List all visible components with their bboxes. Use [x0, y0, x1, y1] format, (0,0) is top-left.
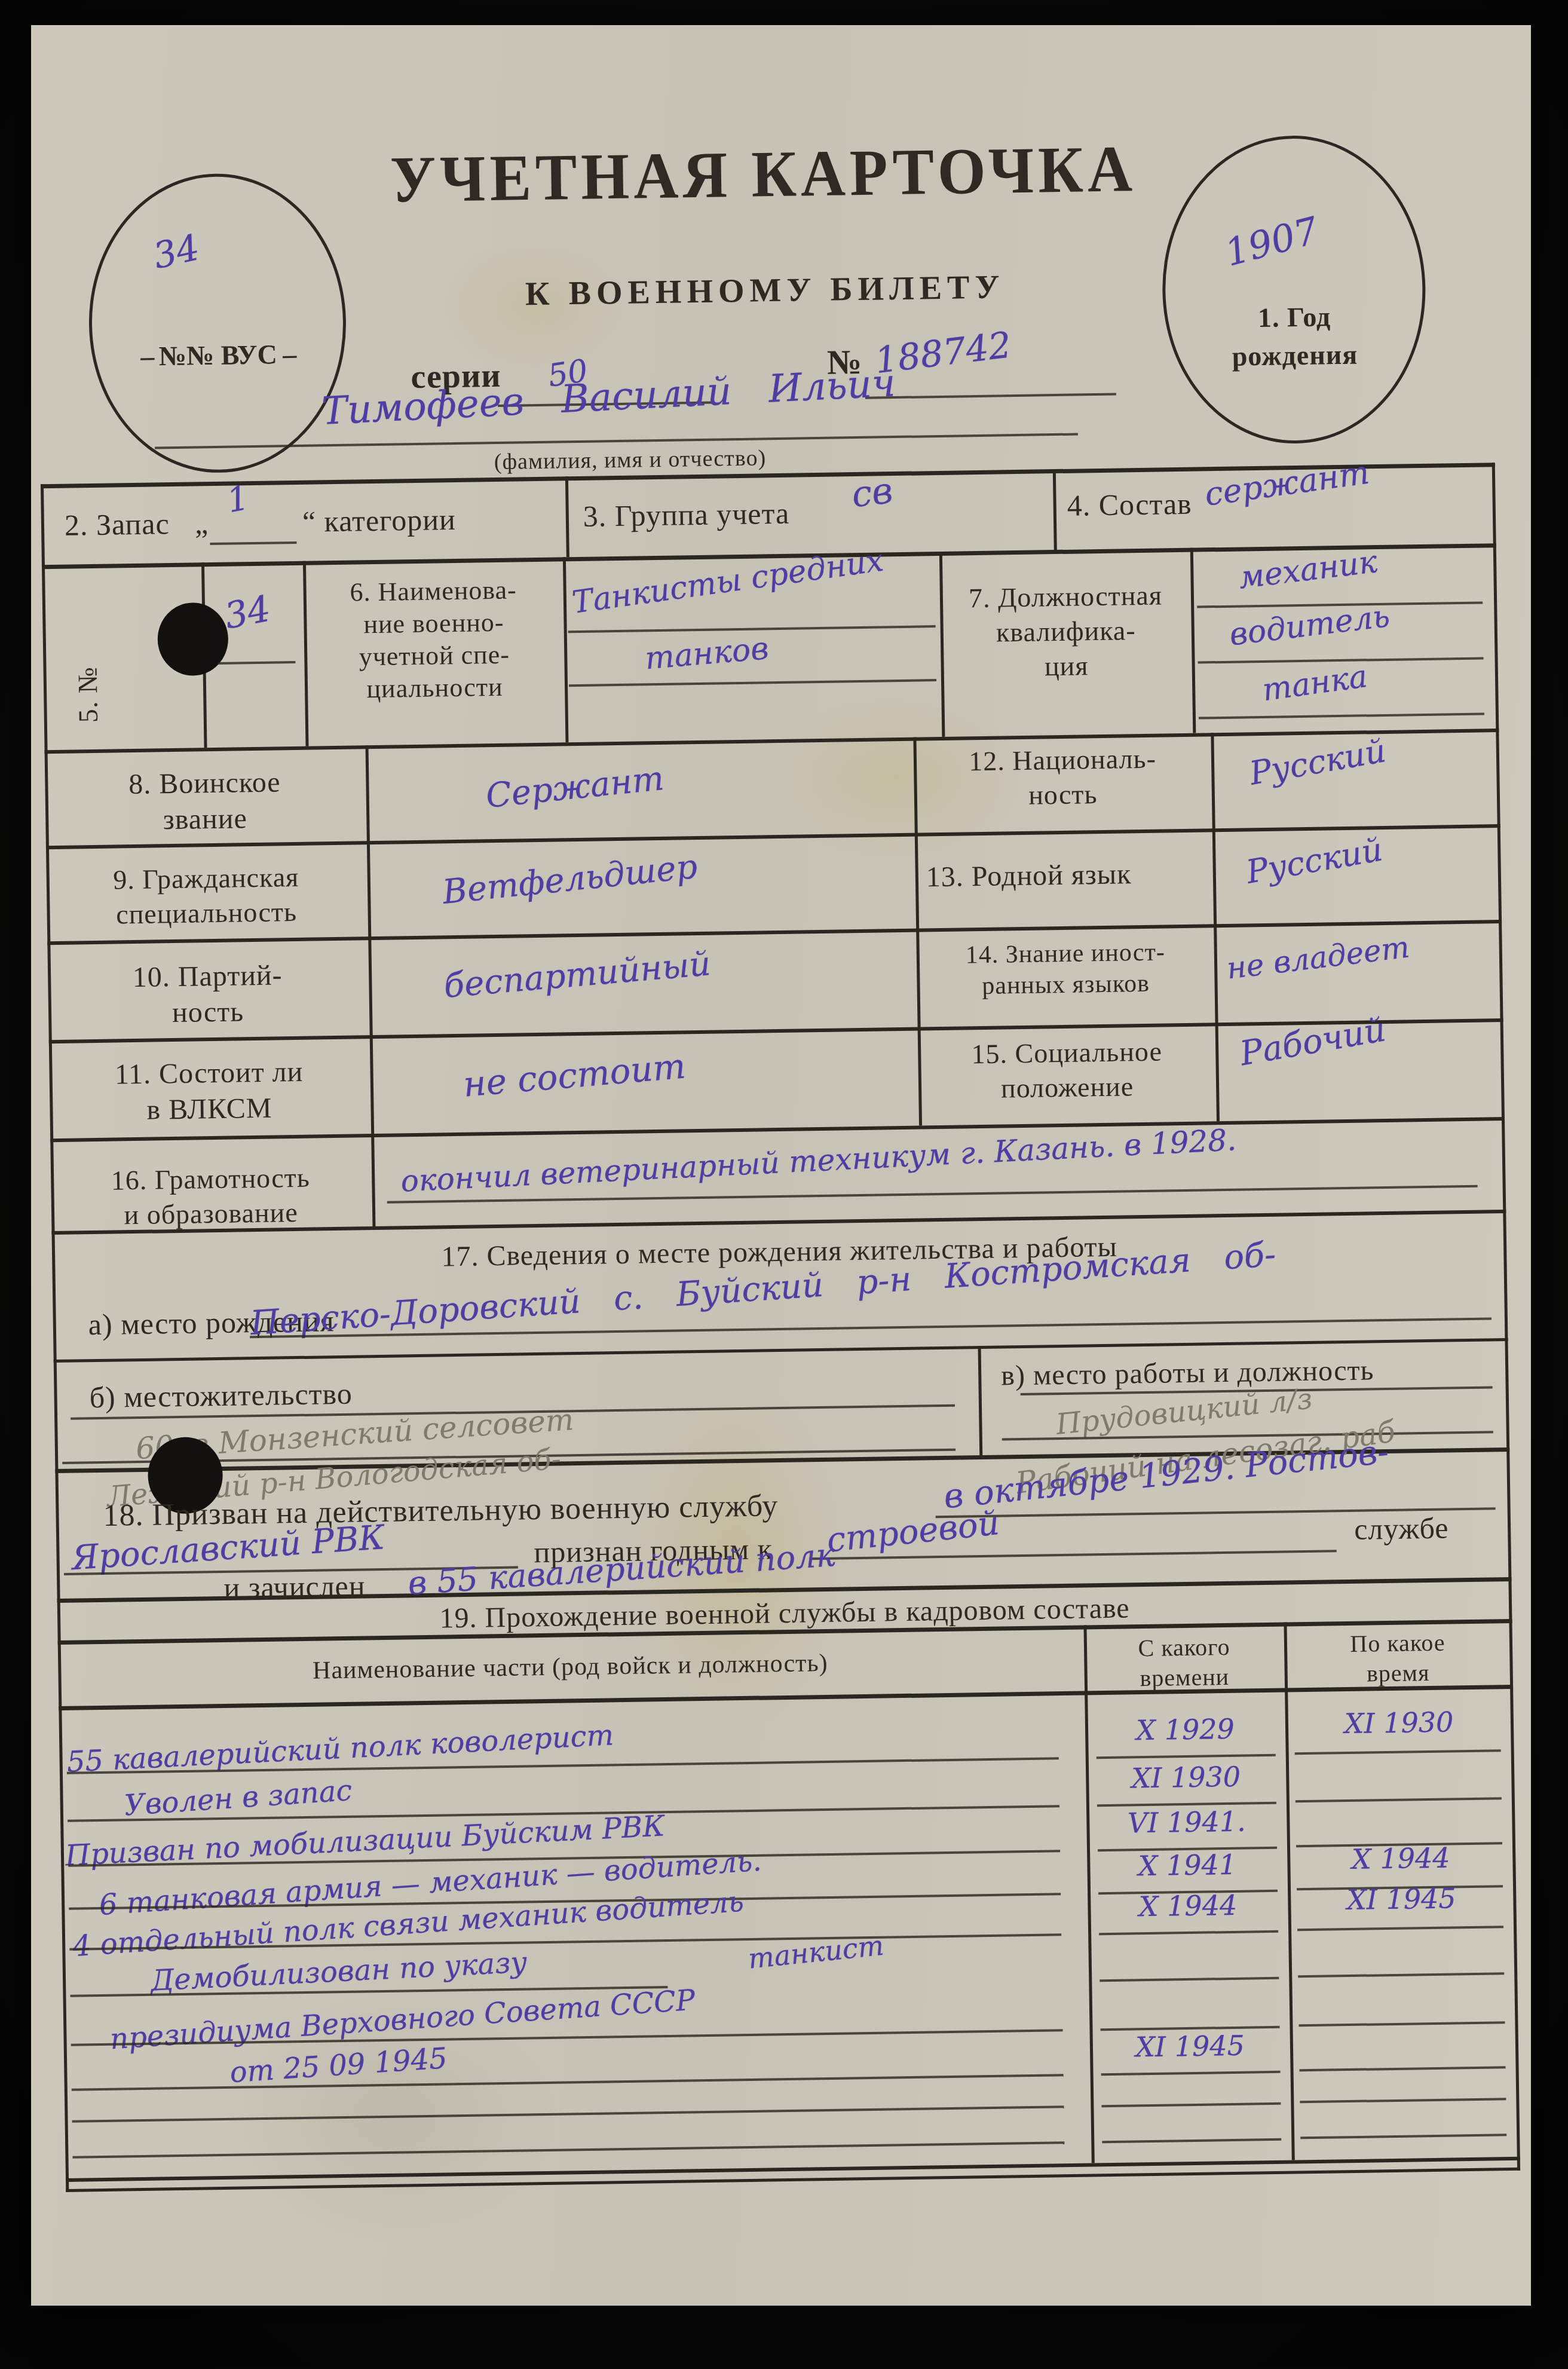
field10-label: 10. Партий- ность [52, 956, 364, 1033]
full-name-handwriting: Тимофеев Василий Ильич [321, 361, 897, 434]
service-row-to: X 1944 [1293, 1841, 1509, 1876]
service-row-to: XI 1945 [1294, 1881, 1509, 1917]
field12-value-handwriting: Русский [1247, 731, 1388, 792]
form-border-left [41, 484, 69, 2192]
field9-label: 9. Гражданская специальность [50, 859, 362, 933]
field9-value-handwriting: Ветфельдшер [441, 847, 699, 912]
field2-label-post: “ категории [302, 502, 457, 539]
field14-label: 14. Знание иност- ранных языков [918, 936, 1212, 1002]
field11-value-handwriting: не состоит [462, 1045, 688, 1104]
s17b-label: б) местожительство [89, 1376, 353, 1415]
vus-badge-circle: 34 №№ ВУС [87, 172, 348, 475]
card-paper: УЧЕТНАЯ КАРТОЧКА К ВОЕННОМУ БИЛЕТУ 34 №№… [31, 25, 1531, 2306]
page-subtitle: К ВОЕННОМУ БИЛЕТУ [388, 266, 1142, 316]
s19-col-to-header: По какое время [1287, 1627, 1509, 1689]
field7-value-line3: танка [1260, 659, 1370, 709]
service-row-from: X 1944 [1094, 1889, 1282, 1924]
field2-label-pre: 2. Запас [65, 506, 170, 543]
punch-hole-top [157, 602, 229, 677]
vus-badge-label: №№ ВУС [92, 338, 344, 373]
field15-label: 15. Социальное положение [920, 1033, 1215, 1107]
field3-label: 3. Группа учета [583, 496, 789, 534]
s19-col-divider2 [1284, 1623, 1294, 2160]
field14-value-handwriting: не владеет [1225, 930, 1411, 986]
rule-bottom-2 [66, 2168, 1520, 2192]
divider-a2 [1053, 469, 1057, 550]
s19-col-name-header: Наименование части (род войск и должност… [62, 1645, 1079, 1689]
form-border-right [1492, 463, 1520, 2171]
field5-label-vertical: 5. № [71, 666, 103, 723]
service-row-from: X 1941 [1093, 1848, 1282, 1883]
vus-number-handwriting: 34 [149, 227, 203, 277]
service-row-name: Уволен в запас [123, 1774, 353, 1823]
service-row-from: VI 1941. [1092, 1805, 1281, 1840]
field2-quote-open: „ [195, 506, 209, 540]
field8-value-handwriting: Сержант [484, 759, 666, 816]
s19-col-divider1 [1083, 1625, 1094, 2163]
service-row-from: X 1929 [1091, 1712, 1280, 1747]
card-content: УЧЕТНАЯ КАРТОЧКА К ВОЕННОМУ БИЛЕТУ 34 №№… [14, 14, 1548, 2317]
field13-value-handwriting: Русский [1244, 830, 1385, 890]
divider-left-labels [365, 745, 375, 1226]
service-row-from: XI 1930 [1092, 1760, 1281, 1795]
field13-label: 13. Родной язык [926, 858, 1131, 893]
s18-label3: службе [1354, 1510, 1449, 1546]
field5-underline [218, 661, 295, 665]
field7-label: 7. Должностная квалифика- ция [940, 578, 1193, 685]
field7-value-line1: механик [1237, 544, 1380, 596]
service-row-note: танкист [746, 1929, 885, 1975]
divider-a1 [565, 476, 569, 557]
service-row-from [1094, 1935, 1282, 1938]
page-title: УЧЕТНАЯ КАРТОЧКА [327, 130, 1200, 219]
service-row-name: от 25 09 1945 [229, 2041, 448, 2089]
field6-label: 6. Наименова- ние военно- учетной спе- ц… [303, 573, 565, 706]
field16-label: 16. Грамотность и образование [55, 1159, 367, 1234]
field12-label: 12. Националь- ность [915, 740, 1211, 814]
service-row: 55 кавалерийский полк коволерист X 1929 … [39, 1714, 1539, 1736]
birth-label-line1: 1. Год [1166, 299, 1423, 335]
birth-year-handwriting: 1907 [1220, 209, 1322, 275]
service-row-to: XI 1930 [1291, 1705, 1507, 1740]
field7-rule3 [1199, 712, 1484, 719]
field10-value-handwriting: беспартийный [442, 944, 712, 1006]
s17c-label: в) место работы и должность [1001, 1354, 1374, 1392]
birth-year-circle: 1907 1. Год рождения [1160, 134, 1428, 445]
field15-value-handwriting: Рабочий [1237, 1010, 1388, 1073]
number-underline [865, 393, 1116, 399]
field3-value-handwriting: св [849, 470, 895, 516]
s19-col-from-header: С какого времени [1087, 1632, 1282, 1694]
field4-value-handwriting: сержант [1202, 454, 1371, 513]
field8-label: 8. Воинское звание [49, 763, 361, 840]
field4-label: 4. Состав [1067, 486, 1192, 523]
birth-label-line2: рождения [1166, 338, 1424, 373]
service-row-from [1095, 1984, 1283, 1987]
field2-underline [210, 541, 296, 545]
photo-background: УЧЕТНАЯ КАРТОЧКА К ВОЕННОМУ БИЛЕТУ 34 №№… [0, 0, 1568, 2369]
field6-value-line2: танков [644, 630, 770, 677]
field6-rule2 [569, 679, 936, 687]
s18-label4: и зачислен [223, 1568, 366, 1605]
s18-value3-handwriting: строевой [825, 1504, 1002, 1560]
field11-label: 11. Состоит ли в ВЛКСМ [53, 1053, 365, 1130]
field5-value-handwriting: 34 [221, 588, 274, 638]
s17-bc-divider [978, 1346, 983, 1455]
service-row-from: XI 1945 [1096, 2029, 1285, 2064]
service-row-to [1295, 1977, 1510, 1980]
